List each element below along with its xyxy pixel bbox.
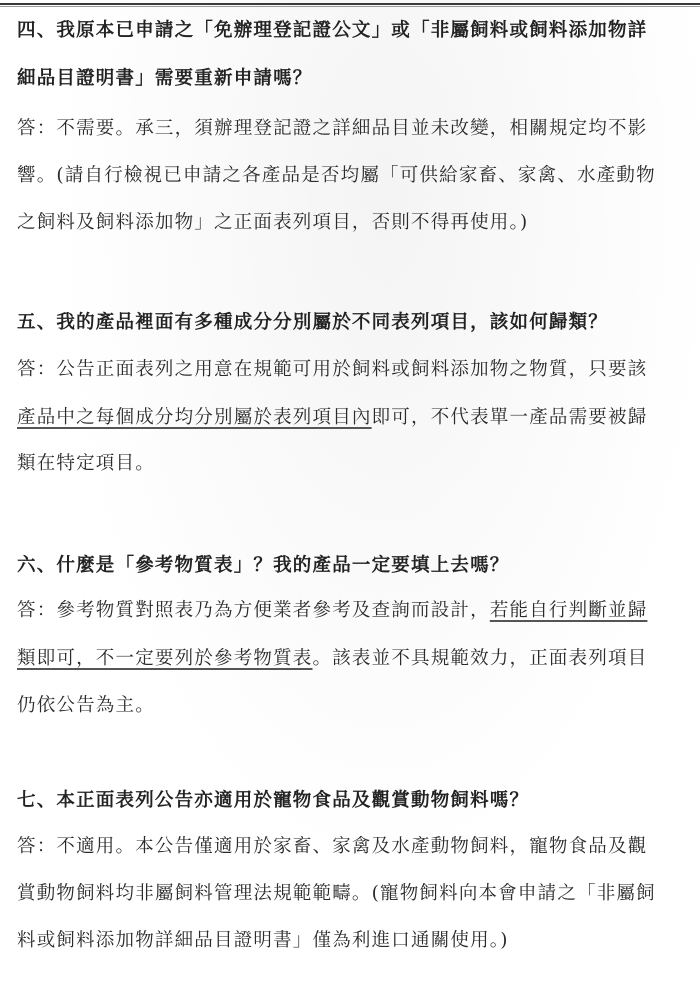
top-border-shadow: [0, 6, 700, 7]
answer-6-line-3: 仍依公告為主。: [17, 695, 155, 717]
answer-6-line-1-plain: 答：參考物質對照表乃為方便業者參考及查詢而設計，: [17, 600, 490, 621]
answer-5-line-2-rest: 即可，不代表單一產品需要被歸: [372, 407, 648, 428]
answer-7-line-3: 料或飼料添加物詳細品目證明書」僅為利進口通關使用。): [17, 930, 509, 952]
question-4-line-2: 細品目證明書」需要重新申請嗎？: [17, 68, 313, 90]
question-6-line-1: 六、什麼是「參考物質表」？我的產品一定要填上去嗎？: [17, 555, 510, 577]
answer-7-line-1: 答：不適用。本公告僅適用於家畜、家禽及水產動物飼料，寵物食品及觀: [17, 836, 647, 858]
answer-7-line-2: 賞動物飼料均非屬飼料管理法規範範疇。(寵物飼料向本會申請之「非屬飼: [17, 883, 656, 905]
answer-5-line-1: 答：公告正面表列之用意在規範可用於飼料或飼料添加物之物質，只要該: [17, 359, 647, 381]
answer-4-line-2: 響。(請自行檢視已申請之各產品是否均屬「可供給家畜、家禽、水產動物: [17, 165, 656, 187]
answer-6-line-1: 答：參考物質對照表乃為方便業者參考及查詢而設計，若能自行判斷並歸: [17, 600, 647, 622]
underlined-emphasis: 類即可，不一定要列於參考物質表: [17, 648, 313, 669]
top-border: [0, 3, 700, 5]
answer-4-line-1: 答：不需要。承三，須辦理登記證之詳細品目並未改變，相關規定均不影: [17, 118, 647, 140]
answer-6-line-2: 類即可，不一定要列於參考物質表。該表並不具規範效力，正面表列項目: [17, 648, 647, 670]
answer-5-line-2: 產品中之每個成分均分別屬於表列項目內即可，不代表單一產品需要被歸: [17, 407, 647, 429]
question-5-line-1: 五、我的產品裡面有多種成分分別屬於不同表列項目，該如何歸類？: [17, 312, 608, 334]
question-4-line-1: 四、我原本已申請之「免辦理登記證公文」或「非屬飼料或飼料添加物詳: [17, 20, 647, 42]
answer-4-line-3: 之飼料及飼料添加物」之正面表列項目，否則不得再使用。): [17, 212, 528, 234]
answer-5-line-3: 類在特定項目。: [17, 453, 155, 475]
underlined-emphasis: 產品中之每個成分均分別屬於表列項目內: [17, 407, 372, 428]
answer-6-line-2-rest: 。該表並不具規範效力，正面表列項目: [313, 648, 648, 669]
question-7-line-1: 七、本正面表列公告亦適用於寵物食品及觀賞動物飼料嗎？: [17, 790, 529, 812]
underlined-emphasis: 若能自行判斷並歸: [490, 600, 648, 621]
